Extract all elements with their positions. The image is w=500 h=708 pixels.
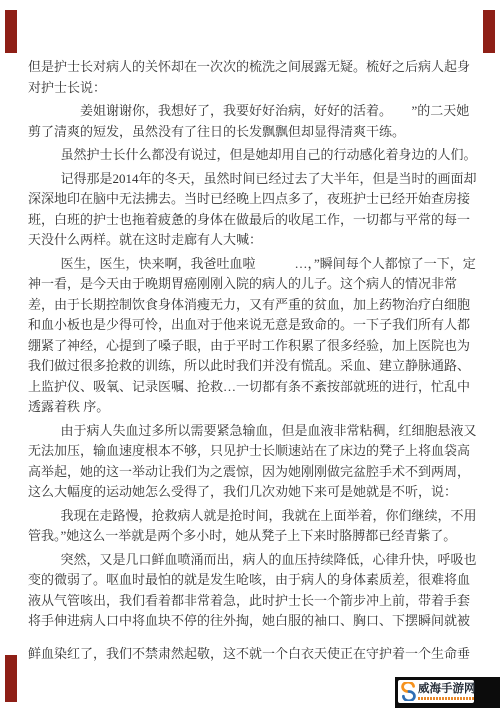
corner-mark-bottom-left (5, 655, 17, 702)
watermark-badge: 威海手游网 (395, 677, 500, 708)
logo-blue-swirl (403, 692, 414, 701)
paragraph: 虽然护士长什么都没有说过，但是她却用自己的行动感化着身边的人们。 (28, 145, 478, 166)
watermark-site-name: 威海手游网 (418, 683, 476, 696)
watermark-card: 威海手游网 (398, 680, 474, 703)
paragraph: 鲜血染红了，我们不禁肃然起敬，这不就一个白衣天使正在守护着一个生命垂 (28, 644, 478, 665)
site-logo-icon (400, 682, 417, 701)
corner-mark-top-left (5, 10, 17, 53)
paragraph: 由于病人失血过多所以需要紧急输血，但是血液非常粘稠，红细胞悬液又无法加压，输血速… (28, 421, 478, 503)
corner-mark-top-right (483, 10, 495, 53)
paragraph: 姜姐谢谢你，我想好了，我要好好治病，好好的活着。 ”的二天她剪了清爽的短发，虽然… (28, 101, 478, 142)
paragraph: 我现在走路慢，抢救病人就是抢时间，我就在上面举着，你们继续，不用管我。”她这么一… (28, 506, 478, 547)
paragraph: 医生，医生，快来啊，我爸吐血啦 …，”瞬间每个人都惊了一下，定神一看，是今天由于… (28, 254, 478, 418)
paragraph: 突然，又是几口鲜血喷涌而出，病人的血压持续降低，心律升快，呼吸也变的微弱了。呕血… (28, 550, 478, 632)
watermark-tagline (418, 697, 474, 700)
watermark-text-column: 威海手游网 (418, 683, 476, 700)
logo-orange-swirl (403, 682, 414, 691)
page: { "page": { "background": "#ffffff", "te… (0, 0, 500, 708)
paragraph: 记得那是2014年的冬天，虽然时间已经过去了大半年，但是当时的画面却深深地印在脑… (28, 169, 478, 251)
article-body: 但是护士长对病人的关怀却在一次次的梳洗之间展露无疑。梳好之后病人起身对护士长说：… (28, 57, 478, 667)
paragraph: 但是护士长对病人的关怀却在一次次的梳洗之间展露无疑。梳好之后病人起身对护士长说： (28, 57, 478, 98)
